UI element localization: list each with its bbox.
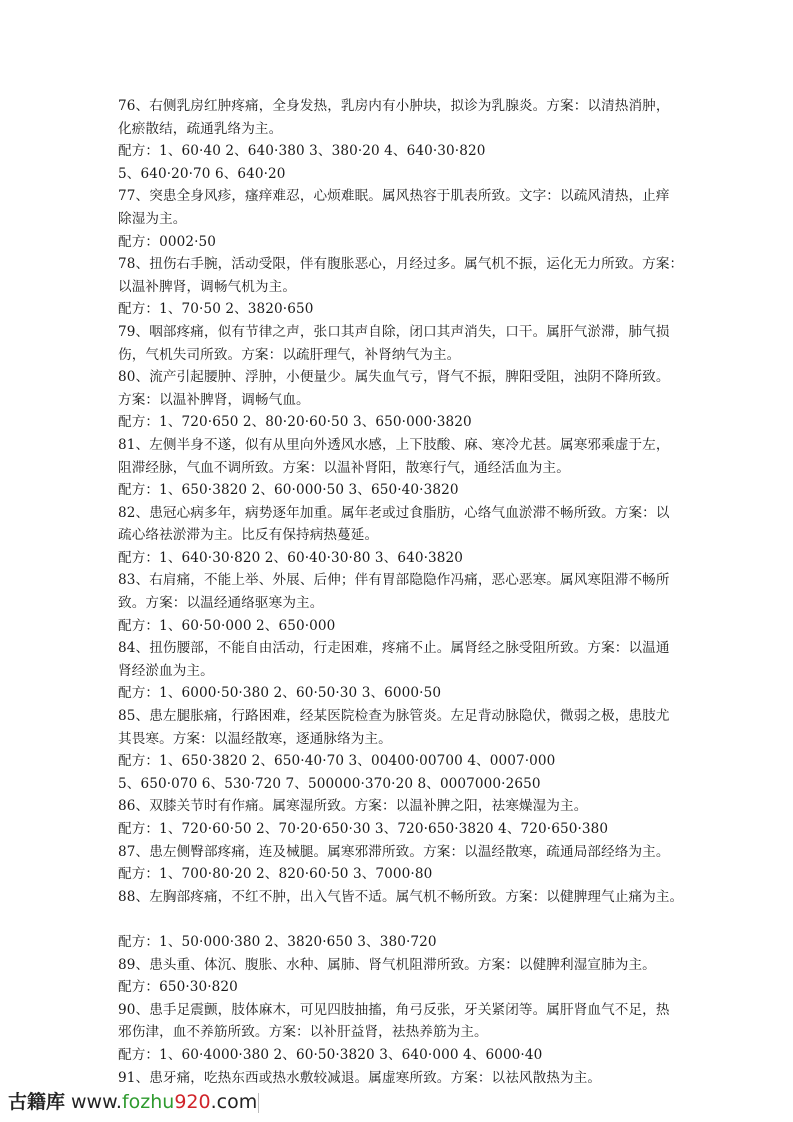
text-line: 88、左胸部疼痛，不红不肿，出入气皆不适。属气机不畅所致。方案：以健脾理气止痛为… (118, 886, 678, 909)
watermark-url-green: fozhu (122, 1091, 174, 1113)
prescription-line: 5、650·070 6、530·720 7、500000·370·20 8、00… (118, 773, 678, 796)
text-line: 83、右肩痛，不能上举、外展、后伸；伴有胃部隐隐作冯痛，恶心恶寒。属风寒阻滞不畅… (118, 569, 678, 592)
text-line: 90、患手足震颤，肢体麻木，可见四肢抽搐，角弓反张，牙关紧闭等。属肝肾血气不足，… (118, 999, 678, 1022)
prescription-line: 配方：1、6000·50·380 2、60·50·30 3、6000·50 (118, 682, 678, 705)
site-watermark: 古籍库www.fozhu920.com (8, 1089, 259, 1115)
text-line: 76、右侧乳房红肿疼痛，全身发热，乳房内有小肿块，拟诊为乳腺炎。方案：以清热消肿… (118, 95, 678, 118)
text-line: 致。方案：以温经通络驱寒为主。 (118, 592, 678, 615)
text-line: 84、扭伤腰部，不能自由活动，行走困难，疼痛不止。属肾经之脉受阻所致。方案：以温… (118, 637, 678, 660)
text-line: 91、患牙痛，吃热东西或热水敷较减退。属虚寒所致。方案：以祛风散热为主。 (118, 1067, 678, 1090)
watermark-url-suffix: .com (211, 1091, 258, 1113)
text-line: 阻滞经脉，气血不调所致。方案：以温补肾阳，散寒行气，通经活血为主。 (118, 457, 678, 480)
text-line: 除湿为主。 (118, 208, 678, 231)
text-line: 方案：以温补脾肾，调畅气血。 (118, 389, 678, 412)
prescription-line: 配方：1、50·000·380 2、3820·650 3、380·720 (118, 931, 678, 954)
text-line: 伤，气机失司所致。方案：以疏肝理气，补肾纳气为主。 (118, 344, 678, 367)
text-line: 其畏寒。方案：以温经散寒，逐通脉络为主。 (118, 728, 678, 751)
prescription-line: 配方：1、720·650 2、80·20·60·50 3、650·000·382… (118, 411, 678, 434)
prescription-line: 配方：1、720·60·50 2、70·20·650·30 3、720·650·… (118, 818, 678, 841)
text-line: 80、流产引起腰肿、浮肿，小便量少。属失血气亏，肾气不振，脾阳受阻，浊阴不降所致… (118, 366, 678, 389)
prescription-line: 配方：1、640·30·820 2、60·40·30·80 3、640·3820 (118, 547, 678, 570)
prescription-line: 配方：1、650·3820 2、60·000·50 3、650·40·3820 (118, 479, 678, 502)
text-line: 85、患左腿胀痛，行路困难，经某医院检查为脉管炎。左足背动脉隐伏，微弱之极，患肢… (118, 705, 678, 728)
text-line: 79、咽部疼痛，似有节律之声，张口其声自除，闭口其声消失，口干。属肝气淤滞，肺气… (118, 321, 678, 344)
document-page: 76、右侧乳房红肿疼痛，全身发热，乳房内有小肿块，拟诊为乳腺炎。方案：以清热消肿… (118, 95, 678, 1089)
watermark-divider (258, 1093, 259, 1113)
text-line: 疏心络祛淤滞为主。比反有保持病热蔓延。 (118, 524, 678, 547)
blank-line (118, 908, 678, 931)
prescription-line: 配方：1、60·50·000 2、650·000 (118, 615, 678, 638)
prescription-line: 配方：1、60·4000·380 2、60·50·3820 3、640·000 … (118, 1044, 678, 1067)
text-line: 81、左侧半身不遂，似有从里向外透风水感，上下肢酸、麻、寒冷尤甚。属寒邪乘虚于左… (118, 434, 678, 457)
text-line: 邪伤津，血不养筋所致。方案：以补肝益肾，祛热养筋为主。 (118, 1021, 678, 1044)
text-line: 肾经淤血为主。 (118, 660, 678, 683)
prescription-line: 5、640·20·70 6、640·20 (118, 163, 678, 186)
prescription-line: 配方：650·30·820 (118, 976, 678, 999)
text-line: 77、突患全身风疹，瘙痒难忍，心烦难眠。属风热容于肌表所致。文字：以疏风清热，止… (118, 185, 678, 208)
prescription-line: 配方：1、70·50 2、3820·650 (118, 298, 678, 321)
prescription-line: 配方：1、60·40 2、640·380 3、380·20 4、640·30·8… (118, 140, 678, 163)
text-line: 以温补脾肾，调畅气机为主。 (118, 276, 678, 299)
text-line: 82、患冠心病多年，病势逐年加重。属年老或过食脂肪，心络气血淤滞不畅所致。方案：… (118, 502, 678, 525)
text-line: 87、患左侧臀部疼痛，连及械腿。属寒邪滞所致。方案：以温经散寒，疏通局部经络为主… (118, 841, 678, 864)
prescription-line: 配方：1、700·80·20 2、820·60·50 3、7000·80 (118, 863, 678, 886)
text-line: 78、扭伤右手腕，活动受限，伴有腹胀恶心，月经过多。属气机不振，运化无力所致。方… (118, 253, 678, 276)
prescription-line: 配方：1、650·3820 2、650·40·70 3、00400·00700 … (118, 750, 678, 773)
text-line: 89、患头重、体沉、腹胀、水种、属肺、肾气机阻滞所致。方案：以健脾利湿宣肺为主。 (118, 954, 678, 977)
prescription-line: 配方：0002·50 (118, 231, 678, 254)
text-line: 化瘀散结，疏通乳络为主。 (118, 118, 678, 141)
text-line: 86、双膝关节时有作痛。属寒湿所致。方案：以温补脾之阳，祛寒燥湿为主。 (118, 795, 678, 818)
watermark-site-name: 古籍库 (8, 1091, 65, 1113)
watermark-url-red: 920 (174, 1091, 210, 1113)
watermark-url-prefix: www. (71, 1091, 122, 1113)
